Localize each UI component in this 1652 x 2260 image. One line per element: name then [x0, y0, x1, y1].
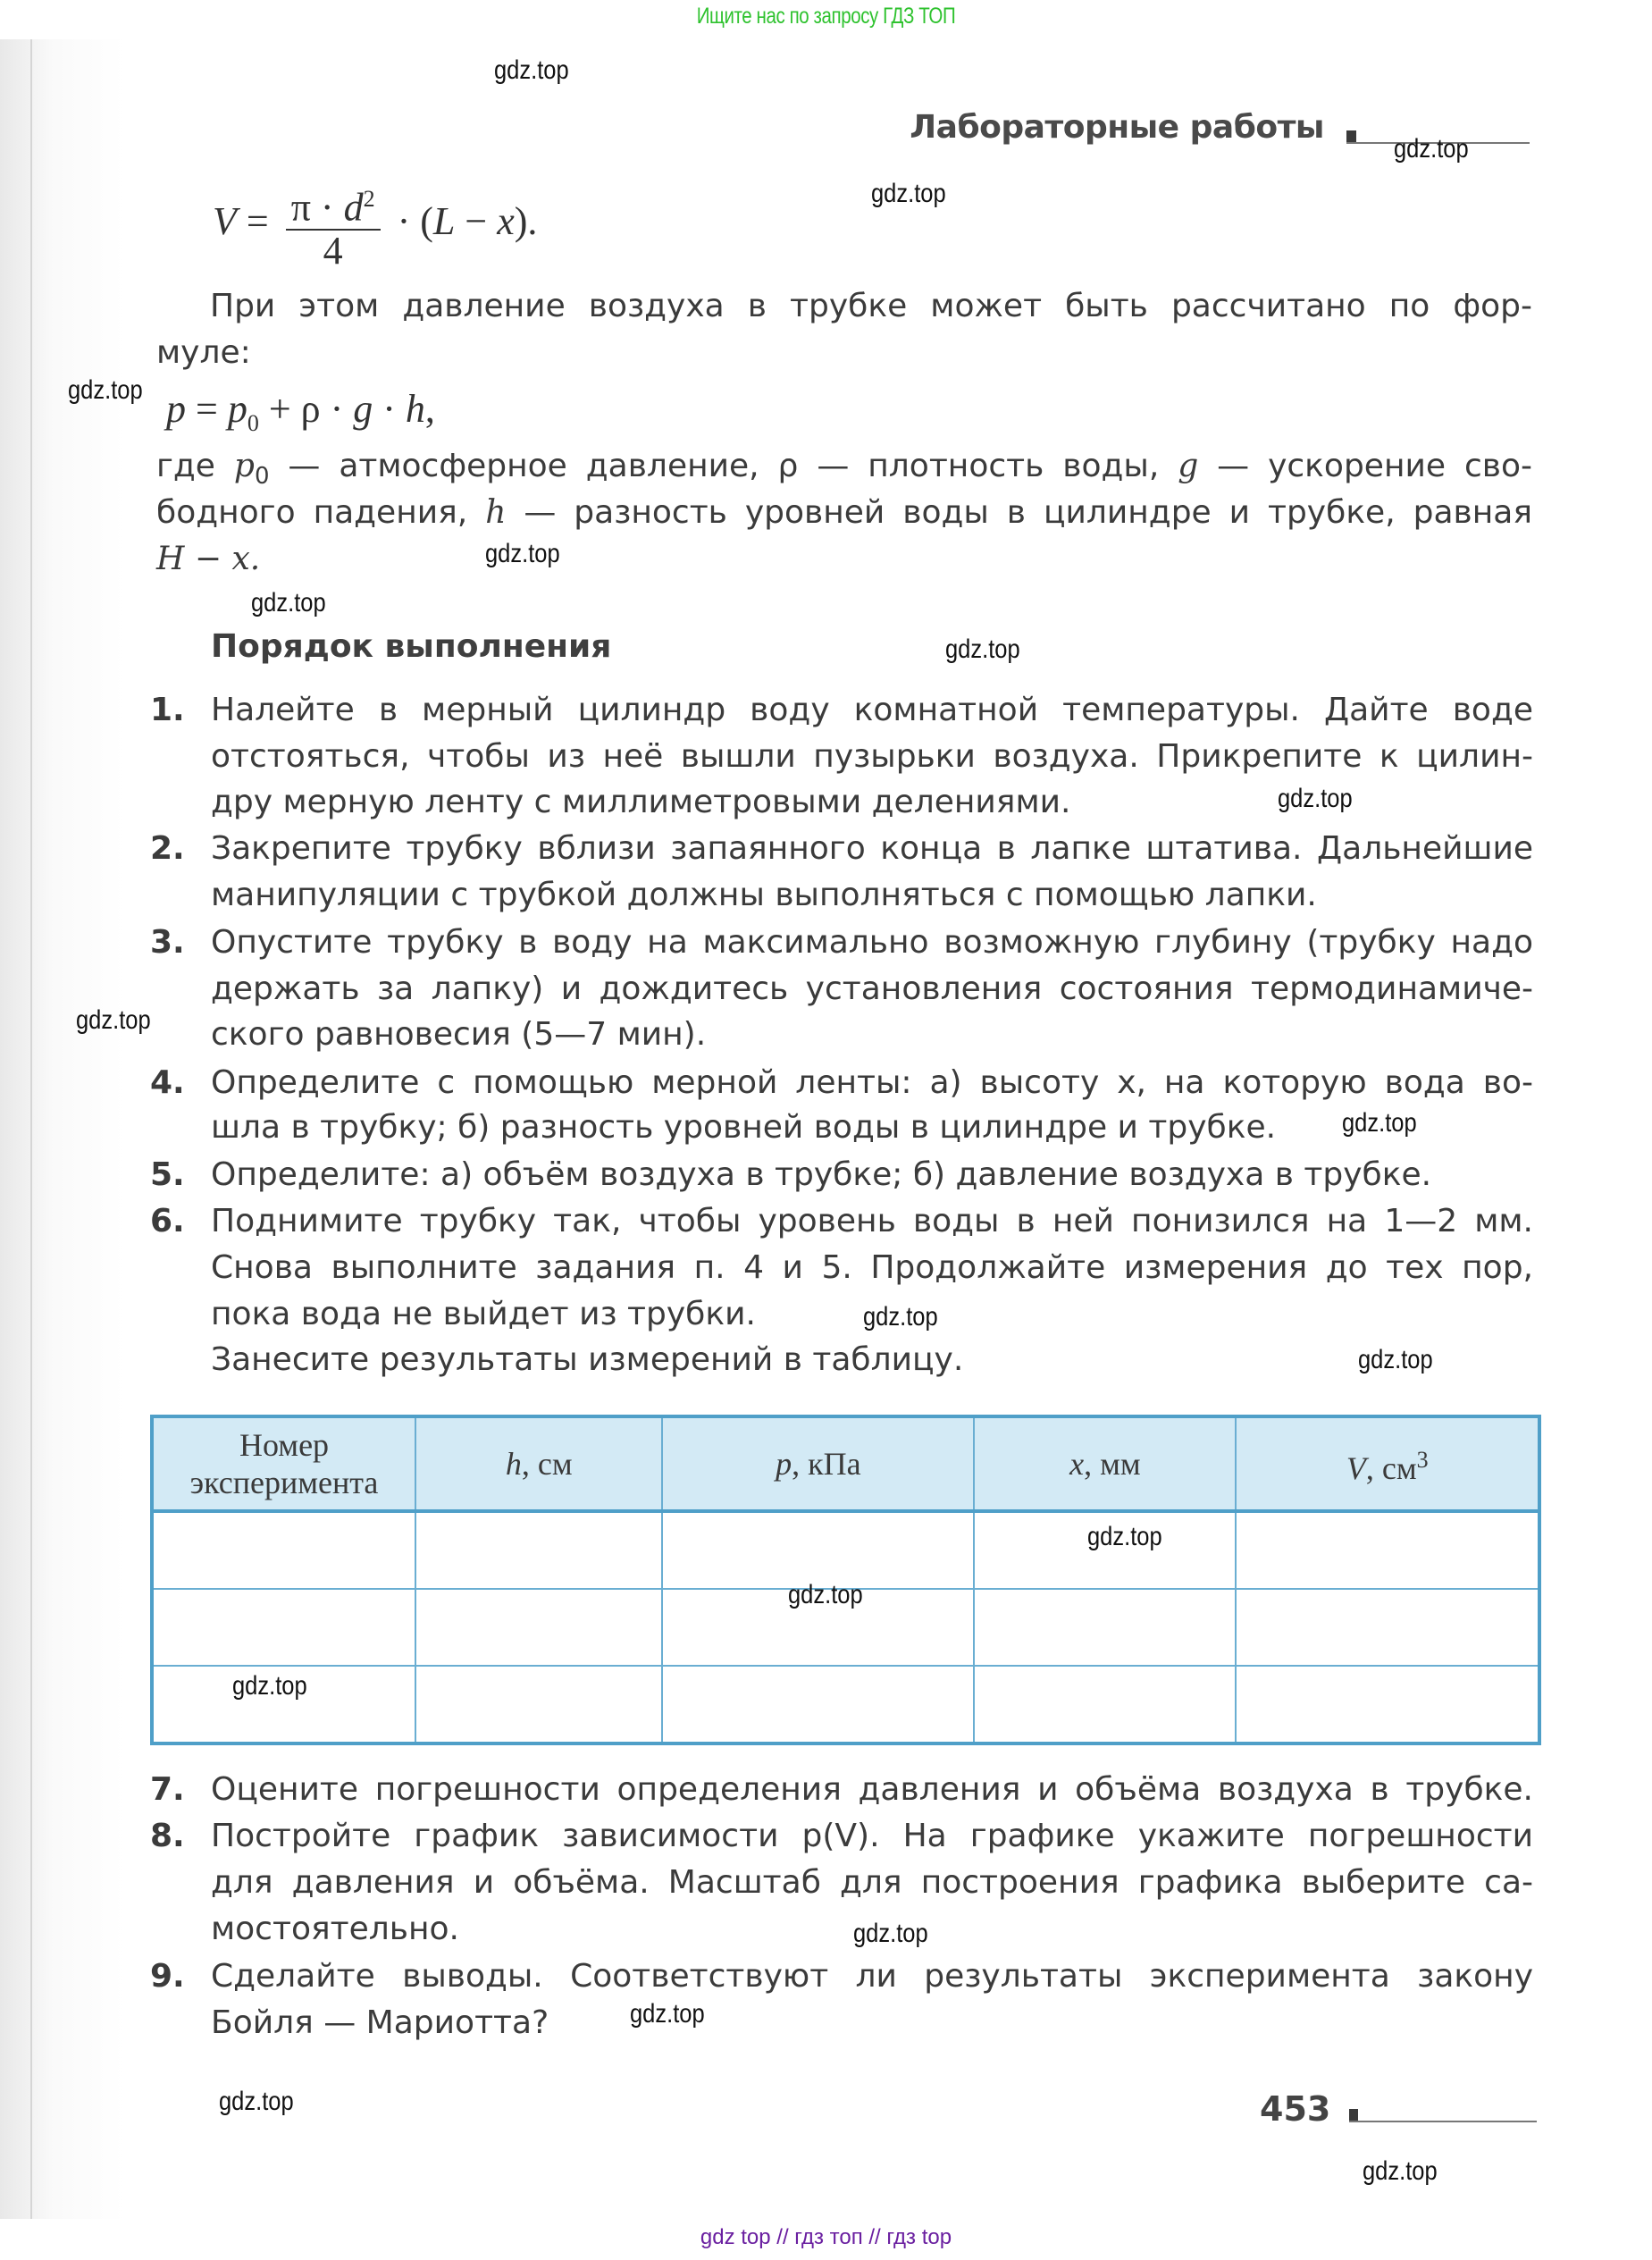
table-cell[interactable] — [415, 1511, 662, 1589]
math-subscript: 0 — [255, 463, 270, 490]
header-unit: , см — [1366, 1450, 1417, 1486]
formula-symbol: + ρ · — [259, 387, 353, 431]
formula-symbol: V — [213, 199, 237, 243]
formula-symbol: · — [373, 387, 406, 431]
watermark: gdz.top — [1358, 1345, 1433, 1375]
table-cell[interactable] — [974, 1666, 1236, 1743]
watermark: gdz.top — [494, 55, 569, 86]
column-header-p: p, кПа — [662, 1416, 974, 1511]
step-line: Занесите результаты измерений в таблицу. — [211, 1340, 1533, 1380]
text: где — [156, 448, 234, 484]
watermark: gdz.top — [788, 1580, 863, 1610]
table-header-row: Номерэксперимента h, см p, кПа x, мм V, … — [152, 1416, 1539, 1511]
text: — ускорение сво- — [1198, 448, 1532, 484]
watermark: gdz.top — [871, 179, 946, 209]
table-cell[interactable] — [415, 1589, 662, 1666]
table-row — [152, 1666, 1539, 1743]
step-line: Оцените погрешности определения давления… — [211, 1770, 1533, 1810]
formula-symbol: p — [166, 387, 186, 431]
page-square-marker — [1349, 2109, 1358, 2121]
step-number: 3. — [150, 923, 185, 962]
watermark: gdz.top — [1394, 134, 1469, 164]
watermark: gdz.top — [68, 375, 143, 406]
top-banner[interactable]: Ищите нас по запросу ГДЗ ТОП — [148, 4, 1503, 29]
bottom-banner[interactable]: gdz top // гдз топ // гдз top — [0, 2225, 1652, 2250]
column-header-experiment: Номерэксперимента — [152, 1416, 415, 1511]
watermark: gdz.top — [1278, 784, 1353, 814]
step-line: манипуляции с трубкой должны выполняться… — [211, 876, 1533, 915]
header-var: p — [776, 1446, 792, 1482]
column-header-x: x, мм — [974, 1416, 1236, 1511]
table-cell[interactable] — [1236, 1589, 1539, 1666]
table-row — [152, 1511, 1539, 1589]
table-cell[interactable] — [974, 1589, 1236, 1666]
step-line: Определите: а) объём воздуха в трубке; б… — [211, 1155, 1533, 1195]
math-var: p — [234, 448, 255, 484]
formula-subscript: 0 — [247, 410, 259, 436]
table-cell[interactable] — [1236, 1511, 1539, 1589]
step-line: Налейте в мерный цилиндр воду комнатной … — [211, 691, 1533, 730]
watermark: gdz.top — [251, 588, 326, 618]
fraction: π · d2 4 — [286, 179, 381, 272]
step-number: 9. — [150, 1957, 185, 1996]
watermark: gdz.top — [232, 1671, 307, 1701]
math-var: h — [485, 494, 506, 531]
header-unit: , кПа — [792, 1446, 860, 1482]
paragraph-line: где p0 — атмосферное давление, ρ — плотн… — [156, 447, 1532, 496]
page-number: 453 — [1260, 2089, 1330, 2129]
table-cell[interactable] — [662, 1666, 974, 1743]
step-line: Постройте график зависимости p(V). На гр… — [211, 1817, 1533, 1856]
header-var: V — [1346, 1450, 1366, 1486]
step-line: Снова выполните задания п. 4 и 5. Продол… — [211, 1248, 1533, 1288]
step-number: 5. — [150, 1155, 185, 1195]
formula-denominator: 4 — [286, 231, 381, 272]
table-cell[interactable] — [1236, 1666, 1539, 1743]
formula-symbol: , — [425, 387, 435, 431]
section-title: Порядок выполнения — [211, 628, 611, 665]
step-line: Бойля — Мариотта? — [211, 2004, 1533, 2043]
running-head: Лабораторные работы — [910, 109, 1324, 146]
step-line: держать за лапку) и дождитесь установлен… — [211, 970, 1533, 1009]
step-line: шла в трубку; б) разность уровней воды в… — [211, 1108, 1533, 1147]
formula-symbol: d — [344, 186, 364, 230]
math-var: g — [1178, 448, 1198, 484]
formula-symbol: π · — [291, 186, 344, 230]
step-number: 7. — [150, 1770, 185, 1810]
header-var: h — [506, 1446, 522, 1482]
step-number: 8. — [150, 1817, 185, 1856]
formula-symbol: · ( — [388, 199, 433, 243]
table-cell[interactable] — [662, 1511, 974, 1589]
formula-symbol: = — [186, 387, 228, 431]
page-rule — [1349, 2121, 1537, 2122]
header-text: эксперимента — [190, 1465, 379, 1500]
text: — атмосферное давление, ρ — плотность во… — [269, 448, 1178, 484]
watermark: gdz.top — [1087, 1522, 1162, 1552]
formula-volume: V = π · d2 4 · (L − x). — [213, 179, 537, 272]
watermark: gdz.top — [853, 1919, 928, 1949]
page-binding-edge — [30, 39, 32, 2219]
column-header-h: h, см — [415, 1416, 662, 1511]
watermark: gdz.top — [1342, 1108, 1417, 1138]
header-unit: , см — [522, 1446, 573, 1482]
step-number: 2. — [150, 829, 185, 869]
formula-symbol: ). — [515, 199, 538, 243]
watermark: gdz.top — [630, 1999, 705, 2029]
step-line: отстояться, чтобы из неё вышли пузырьки … — [211, 737, 1533, 777]
text: бодного падения, — [156, 494, 485, 531]
formula-symbol: p — [228, 387, 247, 431]
paragraph-line: H − x. — [156, 540, 1532, 579]
step-number: 6. — [150, 1202, 185, 1241]
watermark: gdz.top — [219, 2087, 294, 2117]
paragraph-line: бодного падения, h — разность уровней во… — [156, 493, 1532, 533]
table-cell[interactable] — [415, 1666, 662, 1743]
header-text: Номер — [239, 1427, 329, 1463]
step-line: Сделайте выводы. Соответствуют ли резуль… — [211, 1957, 1533, 1996]
watermark: gdz.top — [863, 1302, 938, 1332]
step-line: Опустите трубку в воду на максимально во… — [211, 923, 1533, 962]
table-cell[interactable] — [152, 1511, 415, 1589]
paragraph-line: При этом давление воздуха в трубке может… — [210, 287, 1532, 326]
step-number: 1. — [150, 691, 185, 730]
step-number: 4. — [150, 1063, 185, 1103]
text: — разность уровней воды в цилиндре и тру… — [506, 494, 1532, 531]
watermark: gdz.top — [1363, 2156, 1438, 2187]
step-line: ского равновесия (5—7 мин). — [211, 1015, 1533, 1054]
formula-pressure: p = p0 + ρ · g · h, — [166, 386, 435, 437]
formula-symbol: L — [433, 199, 455, 243]
formula-symbol: − — [455, 199, 497, 243]
formula-symbol: x — [497, 199, 515, 243]
header-unit: , мм — [1084, 1446, 1141, 1482]
table-cell[interactable] — [152, 1589, 415, 1666]
step-line: Закрепите трубку вблизи запаянного конца… — [211, 829, 1533, 869]
formula-symbol: h — [406, 387, 425, 431]
watermark: gdz.top — [76, 1005, 151, 1036]
watermark: gdz.top — [485, 539, 560, 569]
head-square-marker — [1346, 130, 1356, 143]
column-header-v: V, см3 — [1236, 1416, 1539, 1511]
paragraph-line: муле: — [156, 333, 1532, 373]
formula-symbol: = — [247, 199, 269, 243]
formula-exponent: 2 — [364, 186, 375, 212]
step-line: для давления и объёма. Масштаб для постр… — [211, 1863, 1533, 1903]
header-var: x — [1069, 1446, 1084, 1482]
step-line: Определите с помощью мерной ленты: а) вы… — [211, 1063, 1533, 1103]
step-line: Поднимите трубку так, чтобы уровень воды… — [211, 1202, 1533, 1241]
formula-symbol: g — [353, 387, 373, 431]
watermark: gdz.top — [945, 634, 1020, 665]
header-exponent: 3 — [1417, 1447, 1429, 1473]
